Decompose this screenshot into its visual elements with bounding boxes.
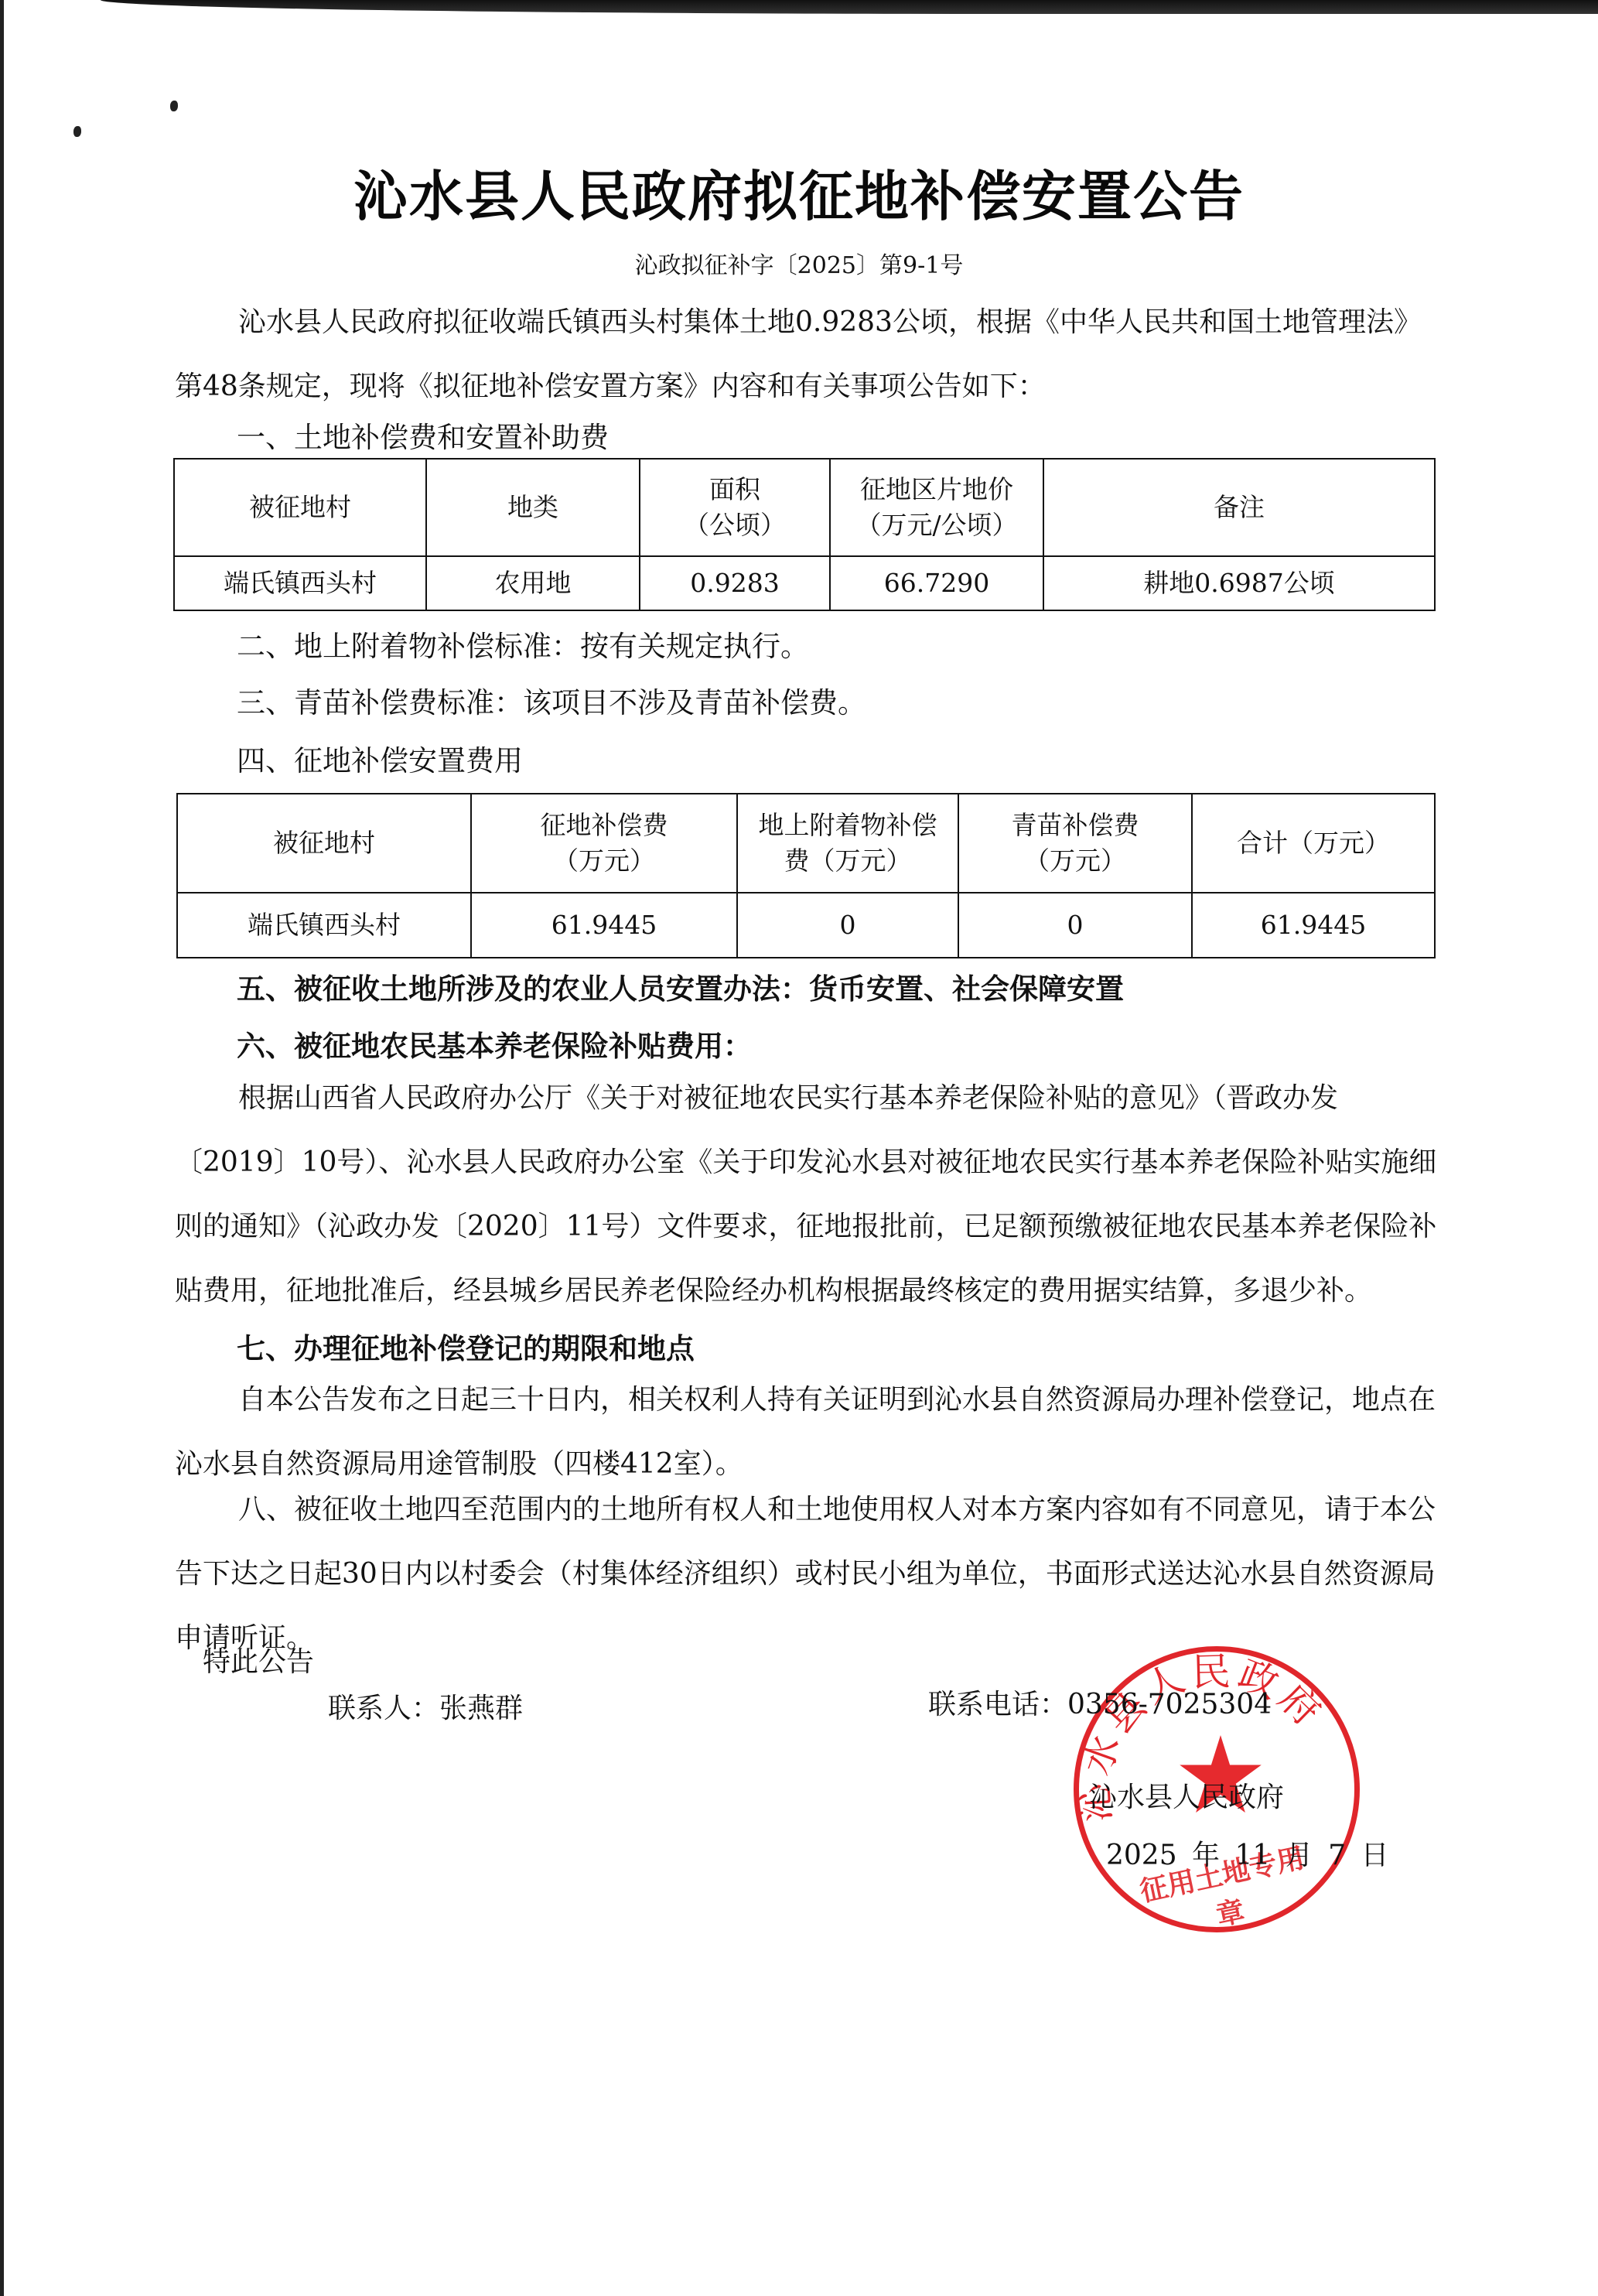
compensation-cost-table: 被征地村 征地补偿费（万元） 地上附着物补偿费（万元） 青苗补偿费（万元） 合计…	[176, 793, 1436, 958]
document-number: 沁政拟征补字〔2025〕第9-1号	[0, 246, 1598, 280]
cell-area: 0.9283	[640, 556, 830, 610]
table-row: 端氏镇西头村 农用地 0.9283 66.7290 耕地0.6987公顷	[174, 556, 1435, 610]
header-cell: 被征地村	[174, 459, 426, 556]
closing-statement: 特此公告	[203, 1640, 314, 1679]
header-cell: 征地补偿费（万元）	[471, 794, 737, 893]
intro-paragraph: 沁水县人民政府拟征收端氏镇西头村集体土地0.9283公顷，根据《中华人民共和国土…	[175, 290, 1443, 419]
cell-land-compensation: 61.9445	[471, 893, 737, 958]
header-cell: 被征地村	[177, 794, 471, 893]
contact-phone: 联系电话：0356-7025304	[928, 1683, 1272, 1722]
section2-heading: 二、地上附着物补偿标准：按有关规定执行。	[237, 623, 809, 665]
cell-remark: 耕地0.6987公顷	[1043, 556, 1435, 610]
table-header-row: 被征地村 地类 面积（公顷） 征地区片地价（万元/公顷） 备注	[174, 459, 1435, 556]
cell-crop-compensation: 0	[958, 893, 1192, 958]
section3-heading: 三、青苗补偿费标准：该项目不涉及青苗补偿费。	[237, 679, 866, 721]
cell-village: 端氏镇西头村	[177, 893, 471, 958]
cell-village: 端氏镇西头村	[174, 556, 426, 610]
header-cell: 青苗补偿费（万元）	[958, 794, 1192, 893]
notice-page: 沁水县人民政府拟征地补偿安置公告 沁政拟征补字〔2025〕第9-1号 沁水县人民…	[0, 0, 1598, 2296]
section4-heading: 四、征地补偿安置费用	[237, 737, 523, 779]
section6-body: 根据山西省人民政府办公厅《关于对被征地农民实行基本养老保险补贴的意见》（晋政办发…	[175, 1066, 1443, 1323]
issue-date: 2025 年 11 月 7 日	[1106, 1833, 1389, 1873]
table-row: 端氏镇西头村 61.9445 0 0 61.9445	[177, 893, 1435, 958]
header-cell: 合计（万元）	[1192, 794, 1435, 893]
section7-heading: 七、办理征地补偿登记的期限和地点	[237, 1325, 695, 1367]
cell-land-type: 农用地	[426, 556, 640, 610]
header-cell: 面积（公顷）	[640, 459, 830, 556]
section6-heading: 六、被征地农民基本养老保险补贴费用：	[237, 1023, 752, 1064]
document-title: 沁水县人民政府拟征地补偿安置公告	[0, 153, 1598, 231]
cell-total: 61.9445	[1192, 893, 1435, 958]
cell-land-price: 66.7290	[830, 556, 1043, 610]
cell-attachment-compensation: 0	[737, 893, 958, 958]
header-cell: 备注	[1043, 459, 1435, 556]
contact-person: 联系人：张燕群	[328, 1686, 523, 1726]
issuer-name: 沁水县人民政府	[1089, 1775, 1284, 1815]
header-cell: 征地区片地价（万元/公顷）	[830, 459, 1043, 556]
header-cell: 地上附着物补偿费（万元）	[737, 794, 958, 893]
section1-heading: 一、土地补偿费和安置补助费	[237, 414, 609, 456]
section8-body: 八、被征收土地四至范围内的土地所有权人和土地使用权人对本方案内容如有不同意见，请…	[175, 1478, 1443, 1670]
section5-heading: 五、被征收土地所涉及的农业人员安置办法：货币安置、社会保障安置	[237, 965, 1124, 1007]
table-header-row: 被征地村 征地补偿费（万元） 地上附着物补偿费（万元） 青苗补偿费（万元） 合计…	[177, 794, 1435, 893]
header-cell: 地类	[426, 459, 640, 556]
land-compensation-table: 被征地村 地类 面积（公顷） 征地区片地价（万元/公顷） 备注 端氏镇西头村 农…	[173, 458, 1436, 611]
